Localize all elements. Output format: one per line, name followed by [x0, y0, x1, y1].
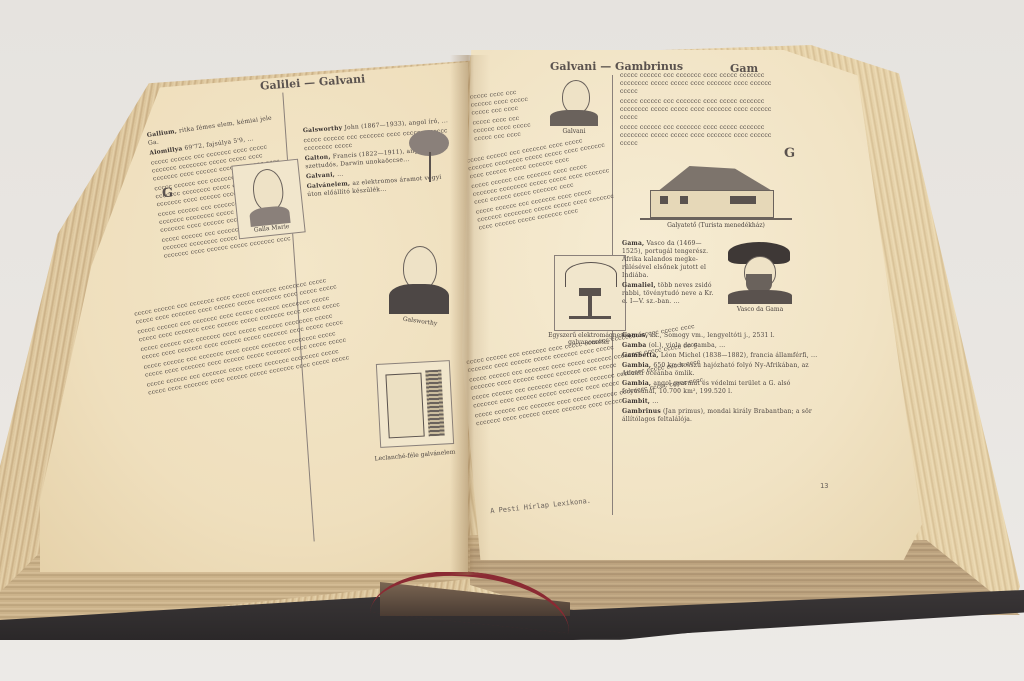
gutter-shadow	[450, 55, 490, 575]
stand	[588, 296, 592, 316]
left-header-word: Gal	[115, 89, 137, 103]
caption: Galyatető (Turista menedékház)	[640, 222, 792, 229]
profile-portrait-illustration: Galla Marie	[231, 159, 305, 240]
entry: Gambetta, Léon Michel (1838—1882), franc…	[622, 352, 822, 360]
left-page: Gal Galilei — Galvani G Gallium, ritka f…	[40, 62, 468, 572]
entry: Gamás, kk., Somogy vm., lengyeltóti j., …	[622, 332, 822, 340]
coat-shape	[550, 110, 598, 126]
scale-arc	[565, 262, 617, 287]
right-column-2-lower: Gamás, kk., Somogy vm., lengyeltóti j., …	[622, 332, 822, 426]
right-page: Galvani — Gambrinus Gam G Galvani ccccc …	[462, 50, 922, 560]
battery-illustration	[376, 360, 454, 448]
galvanometer-illustration	[554, 255, 626, 331]
ground-line	[640, 218, 792, 220]
entry: Gamaliel, több neves­ zsidó rabbi, tövén…	[622, 282, 717, 306]
roof-shape	[644, 166, 774, 192]
building-illustration	[640, 162, 792, 230]
page-footer: A Pesti Hírlap Lexikona.	[490, 497, 591, 516]
right-column-2-mid: Gama, Vasco da (1469—1525), portugál ten…	[622, 240, 717, 308]
right-column-2-top: ccccc cccccc ccc ccccccc cccc ccccc cccc…	[620, 72, 785, 150]
vasco-da-gama-portrait: Vasco da Gama	[724, 240, 796, 320]
bird-illustration	[395, 122, 457, 194]
jar-shape	[385, 373, 424, 439]
caption: Leclanché-féle galvánelem	[370, 448, 460, 463]
entry: Gambia, 650 km hosszú hajózható folyó Ny…	[622, 362, 822, 378]
head-shape	[562, 80, 590, 114]
window	[660, 196, 668, 204]
photo-scene: Gal Galilei — Galvani G Gallium, ritka f…	[0, 0, 1024, 681]
entry: Gambit, ...	[622, 398, 822, 406]
portrait-illustration: Galsworthy	[385, 242, 455, 332]
window	[730, 196, 756, 204]
tripod-base	[569, 316, 611, 319]
cylinder-shape	[425, 370, 444, 437]
coil-block	[579, 288, 601, 296]
coat-shape	[728, 290, 792, 304]
entry: Gambrinus (Jan primus), mondai király Br…	[622, 408, 822, 424]
window	[680, 196, 688, 204]
bird-leg	[429, 152, 431, 182]
galvani-portrait: Galvani	[544, 78, 604, 138]
left-column-1-lower: ccccc cccccc ccc ccccccc cccc ccccc cccc…	[134, 274, 356, 399]
entry: Gama, Vasco da (1469—1525), portugál ten…	[622, 240, 717, 280]
entry: Gambia, angol gyarmat és védelmi terület…	[622, 380, 822, 396]
right-guide-letter: G	[784, 146, 795, 161]
wall-shape	[650, 190, 774, 218]
page-number: 13	[820, 482, 828, 490]
entry: Gamba (ol.), viola da gamba, ...	[622, 342, 822, 350]
suit-shape	[389, 284, 449, 314]
caption: Vasco da Gama	[724, 306, 796, 313]
caption: Galsworthy	[385, 313, 455, 330]
